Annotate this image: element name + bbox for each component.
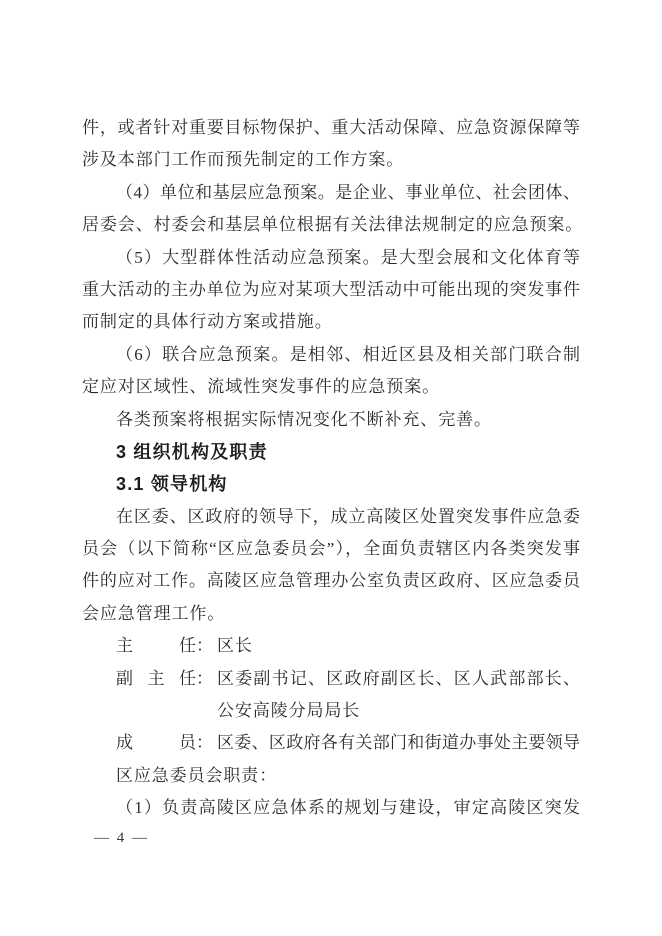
role-label-char: 成 <box>116 727 133 759</box>
body-line: 区应急委员会职责： <box>82 760 580 792</box>
body-line: 件的应对工作。高陵区应急管理办公室负责区政府、区应急委员 <box>82 565 580 597</box>
document-page: 件，或者针对重要目标物保护、重大活动保障、应急资源保障等 涉及本部门工作而预先制… <box>0 0 662 936</box>
role-value-line: 区委、区政府各有关部门和街道办事处主要领导 <box>217 727 580 759</box>
body-line: 件，或者针对重要目标物保护、重大活动保障、应急资源保障等 <box>82 112 580 144</box>
page-number: — 4 — <box>94 830 149 847</box>
body-line: 重大活动的主办单位为应对某项大型活动中可能出现的突发事件 <box>82 274 580 306</box>
role-colon: ： <box>196 630 213 662</box>
body-line: 各类预案将根据实际情况变化不断补充、完善。 <box>82 404 580 436</box>
document-body: 件，或者针对重要目标物保护、重大活动保障、应急资源保障等 涉及本部门工作而预先制… <box>82 112 580 825</box>
role-value: 区委、区政府各有关部门和街道办事处主要领导 <box>217 727 580 759</box>
body-line: （1）负责高陵区应急体系的规划与建设，审定高陵区突发 <box>82 792 580 824</box>
role-value-line: 区长 <box>217 630 580 662</box>
body-line: （6）联合应急预案。是相邻、相近区县及相关部门联合制 <box>82 339 580 371</box>
role-row-members: 成 员 ： 区委、区政府各有关部门和街道办事处主要领导 <box>82 727 580 759</box>
body-line: 员会（以下简称“区应急委员会”），全面负责辖区内各类突发事 <box>82 533 580 565</box>
role-value-line: 区委副书记、区政府副区长、区人武部部长、 <box>217 663 580 695</box>
body-line: 在区委、区政府的领导下，成立高陵区处置突发事件应急委 <box>82 501 580 533</box>
role-value-line: 公安高陵分局局长 <box>217 695 580 727</box>
body-line: 定应对区域性、流域性突发事件的应急预案。 <box>82 371 580 403</box>
role-row-deputy-directors: 副 主 任 ： 区委副书记、区政府副区长、区人武部部长、 公安高陵分局局长 <box>82 663 580 728</box>
role-label-char: 任 <box>179 663 196 695</box>
role-label-char: 主 <box>116 630 133 662</box>
body-line: （4）单位和基层应急预案。是企业、事业单位、社会团体、 <box>82 177 580 209</box>
role-row-director: 主 任 ： 区长 <box>82 630 580 662</box>
body-line: （5）大型群体性活动应急预案。是大型会展和文化体育等 <box>82 242 580 274</box>
role-label-char: 任 <box>179 630 196 662</box>
subsection-heading: 3.1 领导机构 <box>82 468 580 500</box>
body-line: 会应急管理工作。 <box>82 598 580 630</box>
body-line: 居委会、村委会和基层单位根据有关法律法规制定的应急预案。 <box>82 209 580 241</box>
role-label: 主 任 <box>116 630 196 662</box>
role-value: 区委副书记、区政府副区长、区人武部部长、 公安高陵分局局长 <box>217 663 580 728</box>
role-label: 副 主 任 <box>116 663 196 695</box>
body-line: 而制定的具体行动方案或措施。 <box>82 306 580 338</box>
role-label-char: 主 <box>148 663 165 695</box>
role-label-char: 副 <box>116 663 133 695</box>
role-label: 成 员 <box>116 727 196 759</box>
role-label-char: 员 <box>179 727 196 759</box>
body-line: 涉及本部门工作而预先制定的工作方案。 <box>82 144 580 176</box>
role-value: 区长 <box>217 630 580 662</box>
role-colon: ： <box>196 663 213 695</box>
section-heading: 3 组织机构及职责 <box>82 436 580 468</box>
role-colon: ： <box>196 727 213 759</box>
